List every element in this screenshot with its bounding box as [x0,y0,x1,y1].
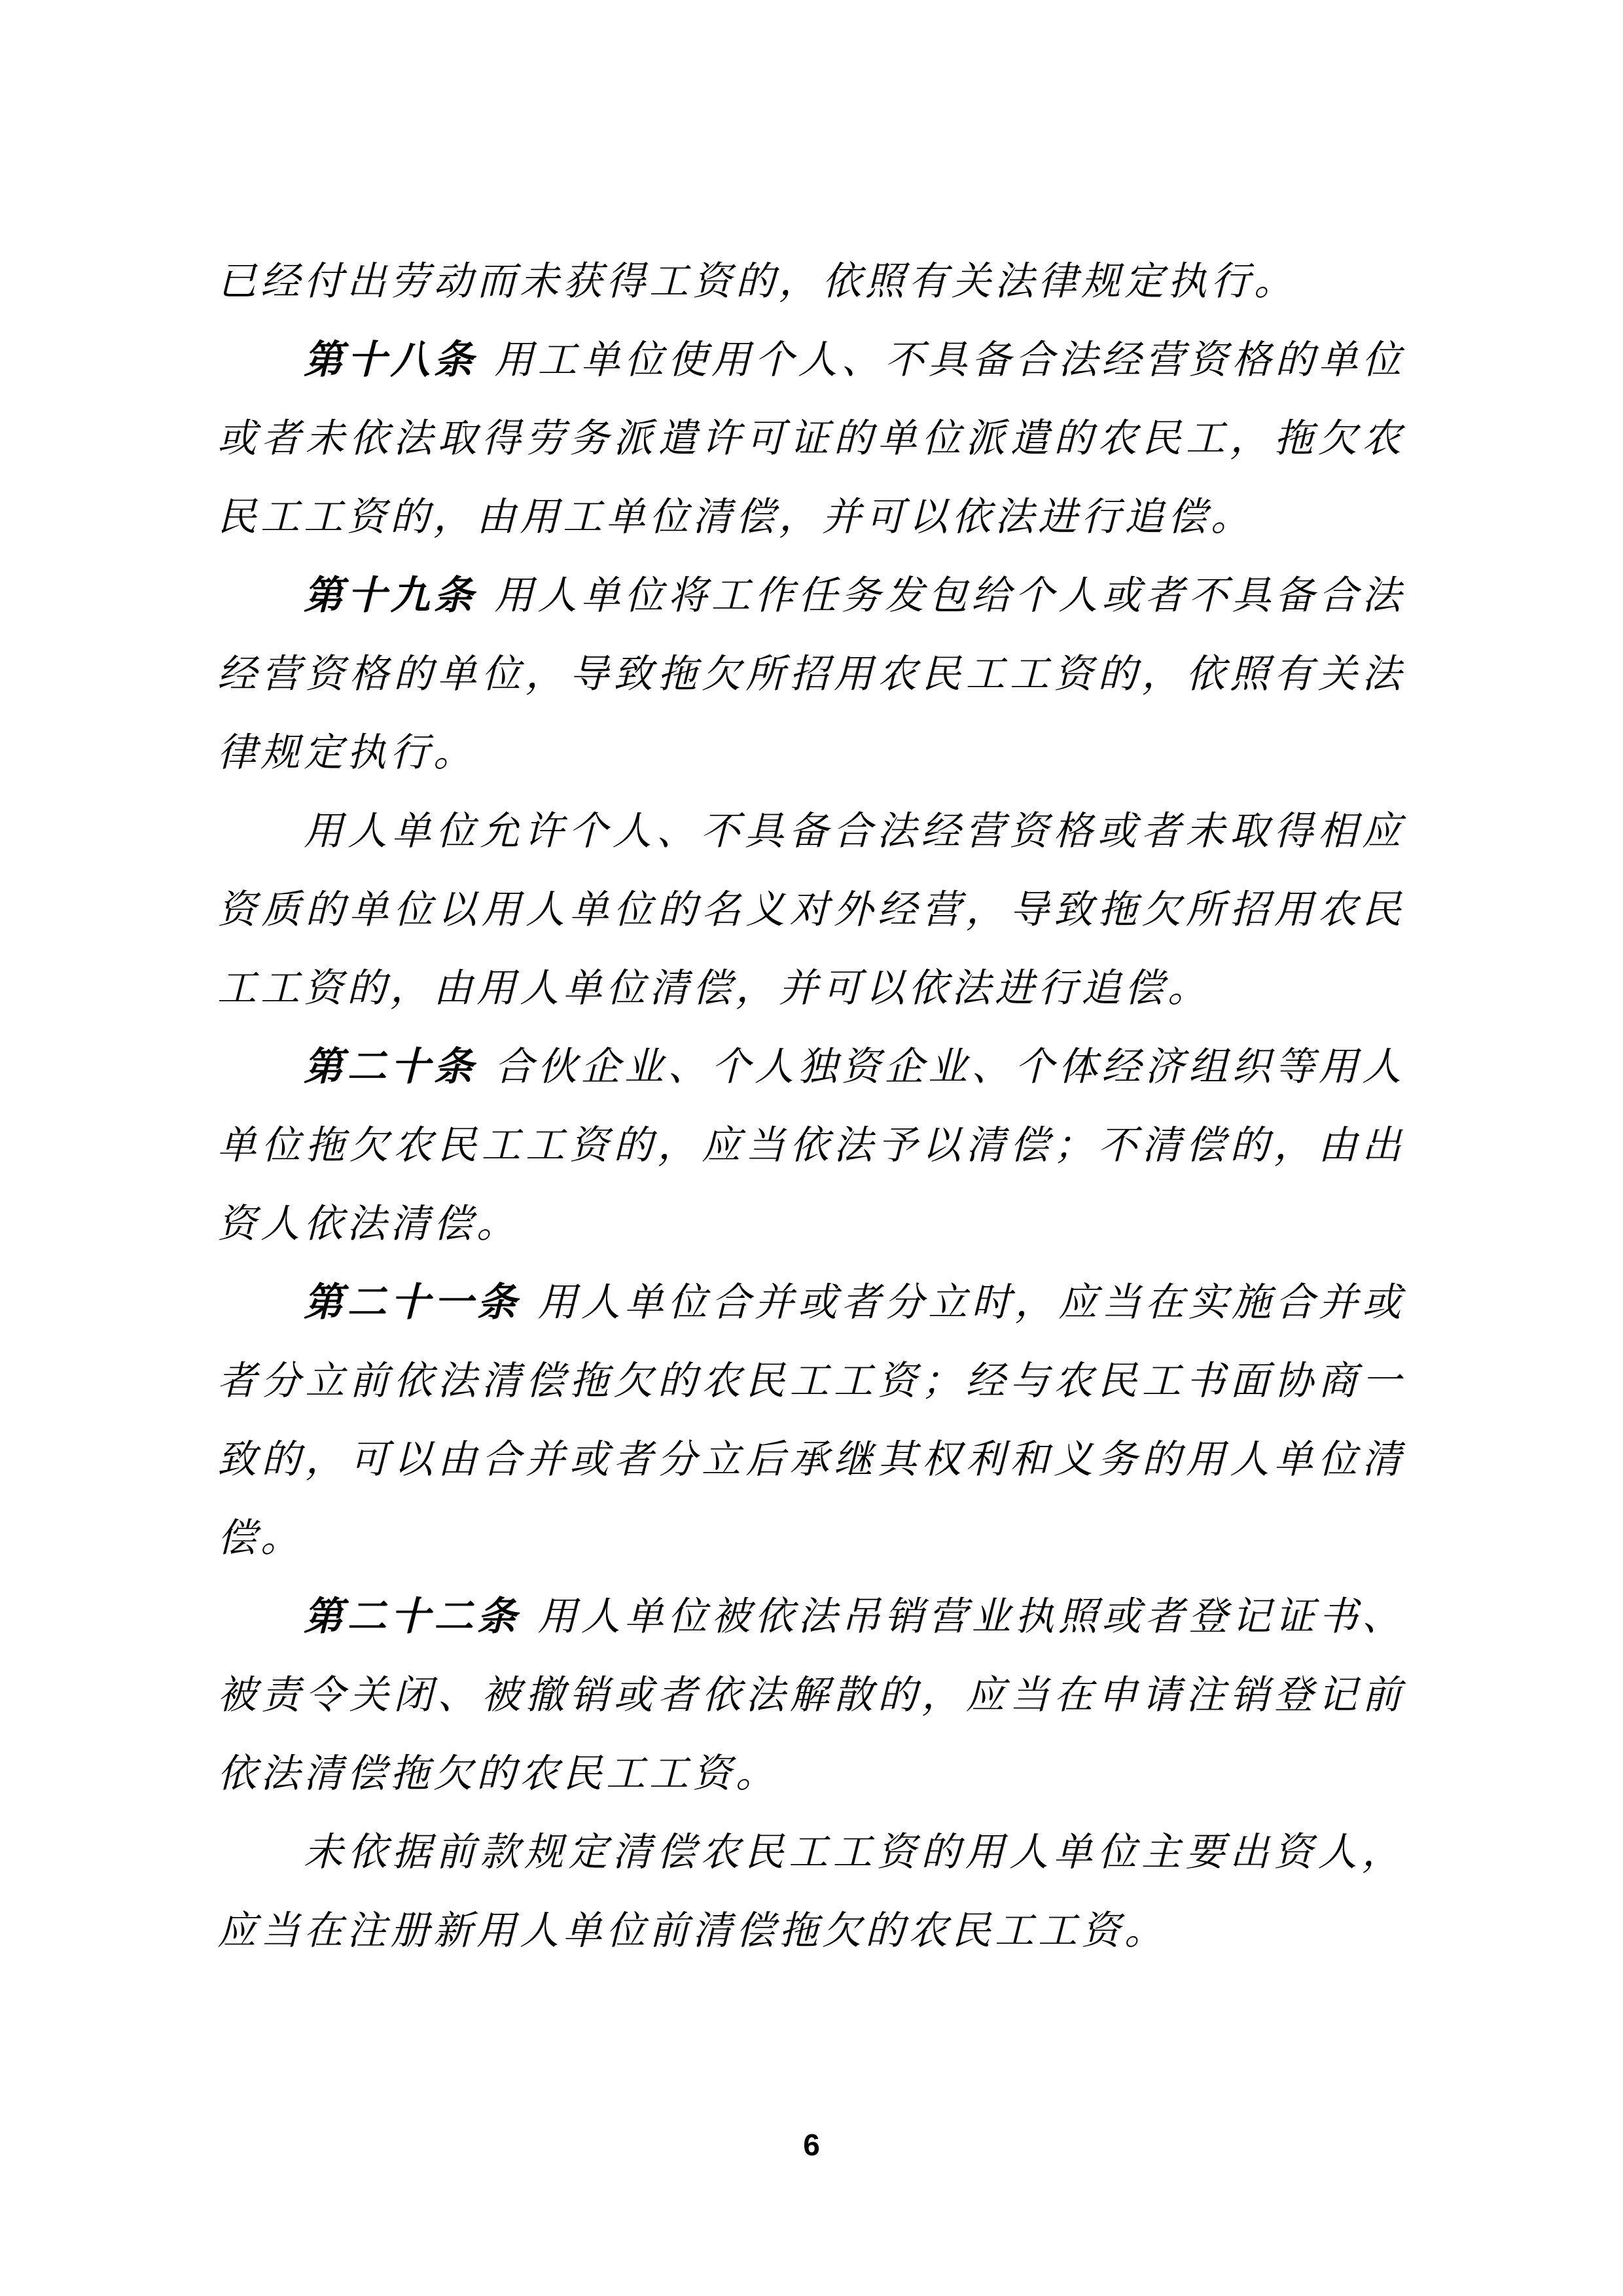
paragraph: 第二十一条用人单位合并或者分立时，应当在实施合并或者分立前依法清偿拖欠的农民工工… [217,1263,1405,1577]
paragraph: 第十九条用人单位将工作任务发包给个人或者不具备合法经营资格的单位，导致拖欠所招用… [217,556,1405,792]
article-number: 第二十二条 [304,1595,520,1638]
paragraph: 未依据前款规定清偿农民工工资的用人单位主要出资人，应当在注册新用人单位前清偿拖欠… [217,1813,1405,1970]
paragraph-text: 未依据前款规定清偿农民工工资的用人单位主要出资人，应当在注册新用人单位前清偿拖欠… [217,1831,1405,1952]
text-block: 已经付出劳动而未获得工资的，依照有关法律规定执行。 第十八条用工单位使用个人、不… [217,242,1405,1970]
page-footer: 6 [0,2130,1623,2160]
article-number: 第二十条 [304,1045,477,1088]
paragraph-text: 用人单位允许个人、不具备合法经营资格或者未取得相应资质的单位以用人单位的名义对外… [217,810,1405,1010]
paragraph: 第二十条合伙企业、个人独资企业、个体经济组织等用人单位拖欠农民工工资的，应当依法… [217,1028,1405,1263]
article-number: 第十九条 [304,574,477,617]
paragraph: 第二十二条用人单位被依法吊销营业执照或者登记证书、被责令关闭、被撤销或者依法解散… [217,1577,1405,1813]
paragraph: 已经付出劳动而未获得工资的，依照有关法律规定执行。 [217,242,1405,321]
paragraph: 第十八条用工单位使用个人、不具备合法经营资格的单位或者未依法取得劳务派遣许可证的… [217,321,1405,556]
article-number: 第二十一条 [304,1281,520,1324]
document-page: 已经付出劳动而未获得工资的，依照有关法律规定执行。 第十八条用工单位使用个人、不… [0,0,1623,2296]
paragraph: 用人单位允许个人、不具备合法经营资格或者未取得相应资质的单位以用人单位的名义对外… [217,792,1405,1028]
article-number: 第十八条 [304,338,477,382]
paragraph-text: 已经付出劳动而未获得工资的，依照有关法律规定执行。 [217,260,1297,303]
page-number: 6 [803,2128,820,2162]
